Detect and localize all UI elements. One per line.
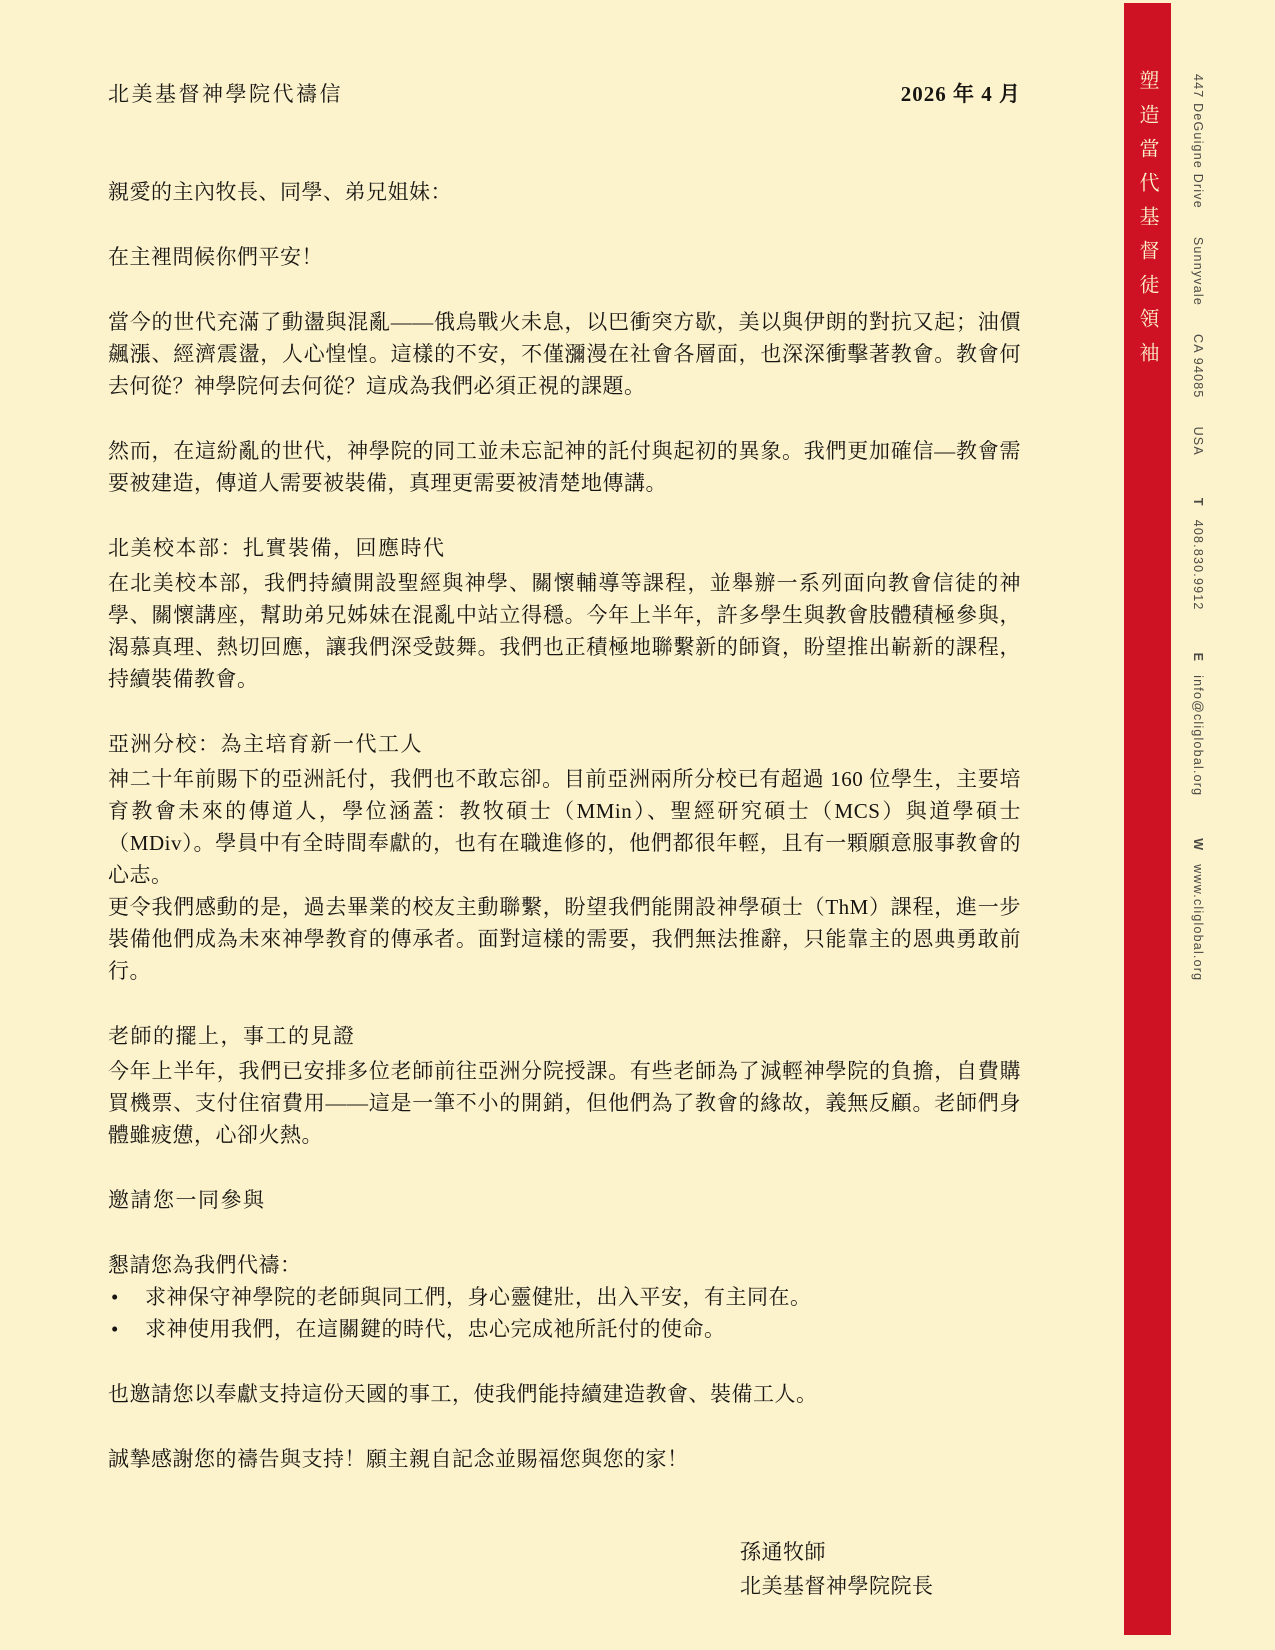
prayer-item-text: 求神保守神學院的老師與同工們，身心靈健壯，出入平安，有主同在。 [145, 1281, 812, 1313]
letter-date: 2026 年 4 月 [901, 78, 1021, 110]
section-paragraph: 在北美校本部，我們持續開設聖經與神學、關懷輔導等課程，並舉辦一系列面向教會信徒的… [108, 567, 1021, 695]
address-country: USA [1191, 427, 1205, 456]
intro-paragraph-2: 然而，在這紛亂的世代，神學院的同工並未忘記神的託付與起初的異象。我們更加確信—教… [108, 435, 1021, 499]
salutation: 親愛的主內牧長、同學、弟兄姐妹： [108, 176, 1021, 208]
prayer-item-text: 求神使用我們，在這關鍵的時代，忠心完成祂所託付的使命。 [145, 1313, 726, 1345]
prayer-list: • 求神保守神學院的老師與同工們，身心靈健壯，出入平安，有主同在。 • 求神使用… [108, 1281, 1021, 1345]
invitation-heading: 邀請您一同參與 [108, 1184, 1021, 1216]
phone-label: T [1191, 498, 1205, 507]
signature-name: 孫通牧師 [740, 1535, 1021, 1569]
section-teachers-testimony: 老師的擺上，事工的見證 今年上半年，我們已安排多位老師前往亞洲分院授課。有些老師… [108, 1020, 1021, 1151]
slogan-text: 塑造當代基督徒領袖 [1133, 70, 1162, 376]
section-paragraph: 神二十年前賜下的亞洲託付，我們也不敢忘卻。目前亞洲兩所分校已有超過 160 位學… [108, 763, 1021, 891]
section-paragraph: 今年上半年，我們已安排多位老師前往亞洲分院授課。有些老師為了減輕神學院的負擔，自… [108, 1055, 1021, 1151]
section-asia-campus: 亞洲分校：為主培育新一代工人 神二十年前賜下的亞洲託付，我們也不敢忘卻。目前亞洲… [108, 728, 1021, 987]
address-city: Sunnyvale [1191, 237, 1205, 306]
section-heading-north-america: 北美校本部：扎實裝備，回應時代 [108, 532, 1021, 564]
email-label: E [1191, 653, 1205, 663]
signature-block: 孫通牧師 北美基督神學院院長 [740, 1535, 1021, 1603]
phone-number: 408.830.9912 [1191, 520, 1205, 611]
prayer-item: • 求神使用我們，在這關鍵的時代，忠心完成祂所託付的使命。 [108, 1313, 1021, 1345]
signature-title: 北美基督神學院院長 [740, 1569, 1021, 1603]
web-label: W [1191, 838, 1205, 851]
slogan-bar: 塑造當代基督徒領袖 [1124, 3, 1171, 1635]
website-url: www.cliglobal.org [1191, 864, 1205, 981]
intro-paragraph-1: 當今的世代充滿了動盪與混亂——俄烏戰火未息，以巴衝突方歇，美以與伊朗的對抗又起；… [108, 306, 1021, 402]
section-paragraph: 更令我們感動的是，過去畢業的校友主動聯繫，盼望我們能開設神學碩士（ThM）課程，… [108, 891, 1021, 987]
email-address: info@cliglobal.org [1191, 675, 1205, 796]
thanks-line: 誠摯感謝您的禱告與支持！願主親自記念並賜福您與您的家！ [108, 1443, 1021, 1475]
section-north-america-campus: 北美校本部：扎實裝備，回應時代 在北美校本部，我們持續開設聖經與神學、關懷輔導等… [108, 532, 1021, 695]
bullet-icon: • [108, 1281, 145, 1313]
letter-content: 北美基督神學院代禱信 2026 年 4 月 親愛的主內牧長、同學、弟兄姐妹： 在… [108, 78, 1021, 1603]
section-heading-asia: 亞洲分校：為主培育新一代工人 [108, 728, 1021, 760]
prayer-item: • 求神保守神學院的老師與同工們，身心靈健壯，出入平安，有主同在。 [108, 1281, 1021, 1313]
prayer-letter-page: 北美基督神學院代禱信 2026 年 4 月 親愛的主內牧長、同學、弟兄姐妹： 在… [0, 0, 1275, 1650]
greeting: 在主裡問候你們平安！ [108, 241, 1021, 273]
bullet-icon: • [108, 1313, 145, 1345]
letter-title: 北美基督神學院代禱信 [108, 78, 343, 110]
donation-appeal: 也邀請您以奉獻支持這份天國的事工，使我們能持續建造教會、裝備工人。 [108, 1378, 1021, 1410]
section-heading-teachers: 老師的擺上，事工的見證 [108, 1020, 1021, 1052]
prayer-intro: 懇請您為我們代禱： [108, 1249, 1021, 1281]
letter-header: 北美基督神學院代禱信 2026 年 4 月 [108, 78, 1021, 143]
address-state-zip: CA 94085 [1191, 334, 1205, 399]
address-street: 447 DeGuigne Drive [1191, 74, 1205, 209]
contact-rail: 447 DeGuigne DriveSunnyvaleCA 94085USAT4… [1187, 74, 1209, 1019]
